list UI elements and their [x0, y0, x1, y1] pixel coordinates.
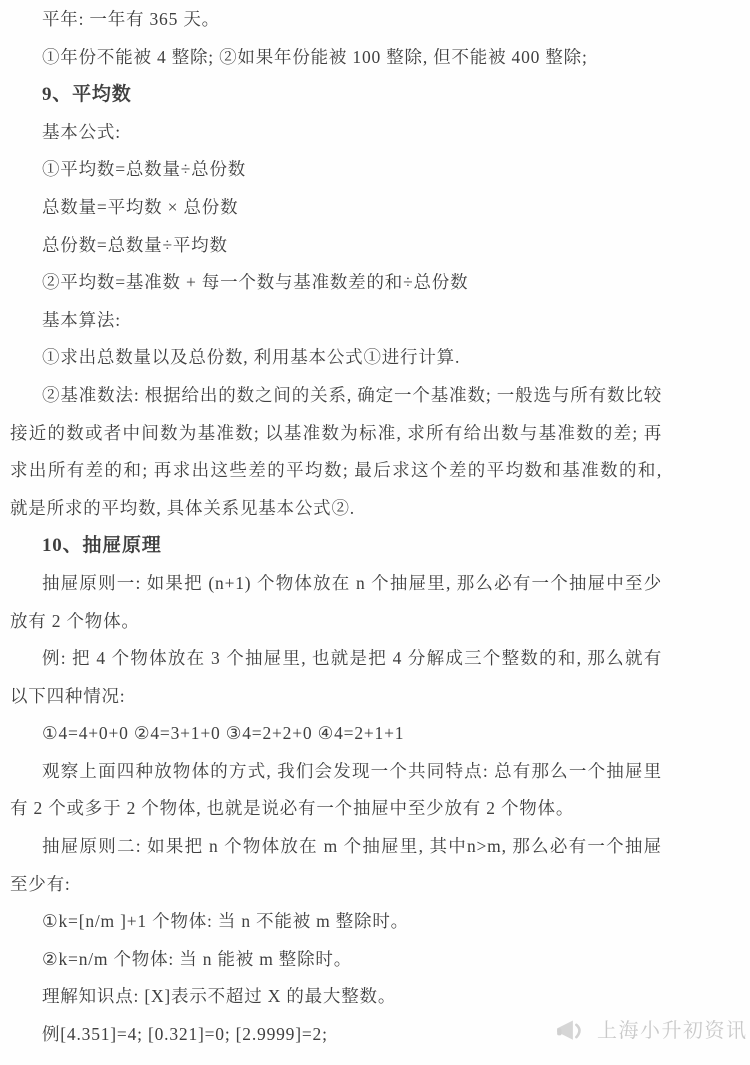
paragraph-formula-shares: 总份数=总数量÷平均数	[10, 227, 662, 265]
paragraph-basic-formula-label: 基本公式:	[10, 114, 662, 152]
paragraph-four-cases: ①4=4+0+0 ②4=3+1+0 ③4=2+2+0 ④4=2+1+1	[10, 715, 662, 753]
paragraph-leap-year-rules: ①年份不能被 4 整除; ②如果年份能被 100 整除, 但不能被 400 整除…	[10, 39, 662, 77]
paragraph-principle-two: 抽屉原则二: 如果把 n 个物体放在 m 个抽屉里, 其中n>m, 那么必有一个…	[10, 828, 662, 903]
watermark-label: 上海小升初资讯	[597, 1014, 748, 1048]
paragraph-example-intro: 例: 把 4 个物体放在 3 个抽屉里, 也就是把 4 分解成三个整数的和, 那…	[10, 640, 662, 715]
paragraph-common-year: 平年: 一年有 365 天。	[10, 1, 662, 39]
paragraph-principle-one: 抽屉原则一: 如果把 (n+1) 个物体放在 n 个抽屉里, 那么必有一个抽屉中…	[10, 565, 662, 640]
paragraph-formula-average: ①平均数=总数量÷总份数	[10, 151, 662, 189]
heading-pigeonhole: 10、抽屉原理	[10, 527, 662, 565]
watermark: 上海小升初资讯	[554, 1014, 748, 1048]
paragraph-basic-method-label: 基本算法:	[10, 302, 662, 340]
paragraph-case-not-divisible: ①k=[n/m ]+1 个物体: 当 n 不能被 m 整除时。	[10, 903, 662, 941]
paragraph-method-one: ①求出总数量以及总份数, 利用基本公式①进行计算.	[10, 339, 662, 377]
paragraph-observation: 观察上面四种放物体的方式, 我们会发现一个共同特点: 总有那么一个抽屉里有 2 …	[10, 753, 662, 828]
megaphone-icon	[554, 1017, 590, 1045]
paragraph-formula-base-number: ②平均数=基准数 + 每一个数与基准数差的和÷总份数	[10, 264, 662, 302]
paragraph-case-divisible: ②k=n/m 个物体: 当 n 能被 m 整除时。	[10, 941, 662, 979]
heading-average: 9、平均数	[10, 76, 662, 114]
document-page: 平年: 一年有 365 天。 ①年份不能被 4 整除; ②如果年份能被 100 …	[0, 0, 750, 1054]
paragraph-knowledge-point: 理解知识点: [X]表示不超过 X 的最大整数。	[10, 978, 662, 1016]
paragraph-method-two-base: ②基准数法: 根据给出的数之间的关系, 确定一个基准数; 一般选与所有数比较接近…	[10, 377, 662, 527]
paragraph-formula-total: 总数量=平均数 × 总份数	[10, 189, 662, 227]
